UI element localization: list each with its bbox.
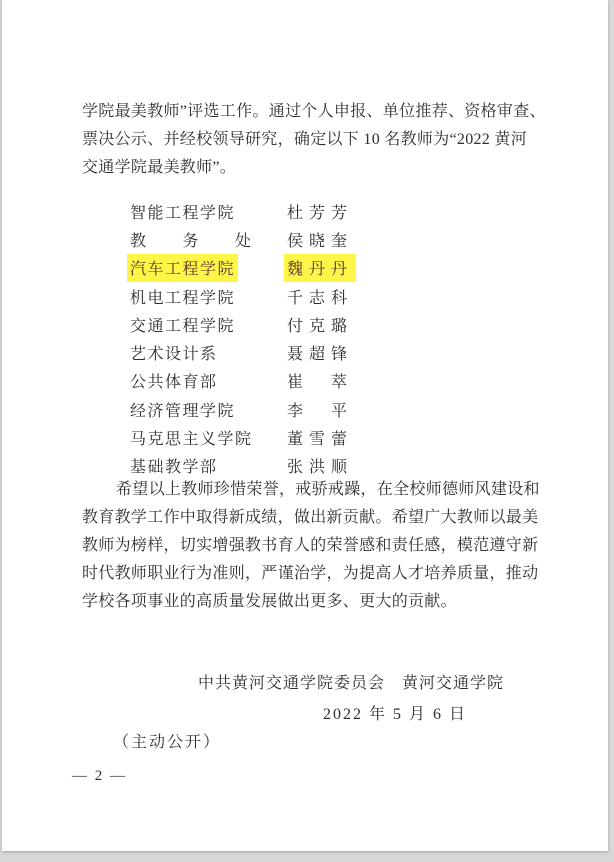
awardee-row: 教 务 处 侯晓奎 xyxy=(130,225,356,253)
awardee-department: 教 务 处 xyxy=(130,228,253,251)
signature-date: 2022 年 5 月 6 日 xyxy=(323,702,467,728)
closing-line: 教师为榜样，切实增强教书育人的荣誉感和责任感，模范遵守新 xyxy=(82,532,540,560)
awardee-department: 基础教学部 xyxy=(130,454,218,477)
document-page: 学院最美教师”评选工作。通过个人申报、单位推荐、资格审查、 票决公示、并经校领导… xyxy=(2,0,608,851)
awardee-row: 智能工程学院 杜芳芳 xyxy=(130,197,356,225)
closing-line: 学校各项事业的高质量发展做出更多、更大的贡献。 xyxy=(82,588,540,616)
closing-paragraph: 希望以上教师珍惜荣誉，戒骄戒躁，在全校师德师风建设和 教育教学工作中取得新成绩，… xyxy=(82,476,540,616)
page-number: — 2 — xyxy=(72,764,127,788)
awardee-row: 机电工程学院 千志科 xyxy=(130,282,356,310)
awardee-row: 艺术设计系 聂超锋 xyxy=(130,338,356,366)
awardee-department: 交通工程学院 xyxy=(130,313,235,336)
awardee-name: 聂超锋 xyxy=(287,341,353,364)
awardee-name: 董雪蕾 xyxy=(287,426,353,449)
awardee-department: 汽车工程学院 xyxy=(127,254,238,282)
awardee-row: 交通工程学院 付克璐 xyxy=(130,310,356,338)
closing-line: 时代教师职业行为准则，严谨治学，为提高人才培养质量，推动 xyxy=(82,560,540,588)
intro-line: 票决公示、并经校领导研究，确定以下 10 名教师为“2022 黄河 xyxy=(82,126,546,154)
awardee-list: 智能工程学院 杜芳芳 教 务 处 侯晓奎 汽车工程学院 魏丹丹 机电工程学院 千… xyxy=(130,197,356,480)
awardee-name: 崔 萃 xyxy=(287,369,353,392)
awardee-row: 公共体育部 崔 萃 xyxy=(130,367,356,395)
awardee-name: 张洪顺 xyxy=(287,454,353,477)
disclosure-note: （主动公开） xyxy=(113,730,221,756)
closing-line: 希望以上教师珍惜荣誉，戒骄戒躁，在全校师德师风建设和 xyxy=(82,476,540,504)
awardee-department: 机电工程学院 xyxy=(130,285,235,308)
awardee-row: 汽车工程学院 魏丹丹 xyxy=(130,254,356,282)
awardee-name: 杜芳芳 xyxy=(287,200,353,223)
intro-line: 交通学院最美教师”。 xyxy=(82,154,546,182)
awardee-row: 经济管理学院 李 平 xyxy=(130,395,356,423)
awardee-name: 千志科 xyxy=(287,285,353,308)
awardee-name: 李 平 xyxy=(287,398,353,421)
intro-line: 学院最美教师”评选工作。通过个人申报、单位推荐、资格审查、 xyxy=(82,98,546,126)
awardee-department: 智能工程学院 xyxy=(130,200,235,223)
closing-line: 教育教学工作中取得新成绩，做出新贡献。希望广大教师以最美 xyxy=(82,504,540,532)
awardee-department: 公共体育部 xyxy=(130,369,218,392)
awardee-row: 马克思主义学院 董雪蕾 xyxy=(130,423,356,451)
awardee-name: 侯晓奎 xyxy=(287,228,353,251)
awardee-name: 付克璐 xyxy=(287,313,353,336)
awardee-department: 艺术设计系 xyxy=(130,341,218,364)
intro-paragraph: 学院最美教师”评选工作。通过个人申报、单位推荐、资格审查、 票决公示、并经校领导… xyxy=(82,98,546,182)
awardee-department: 经济管理学院 xyxy=(130,398,235,421)
awardee-name: 魏丹丹 xyxy=(284,254,356,282)
signature-issuer: 中共黄河交通学院委员会 黄河交通学院 xyxy=(198,671,504,697)
awardee-department: 马克思主义学院 xyxy=(130,426,253,449)
